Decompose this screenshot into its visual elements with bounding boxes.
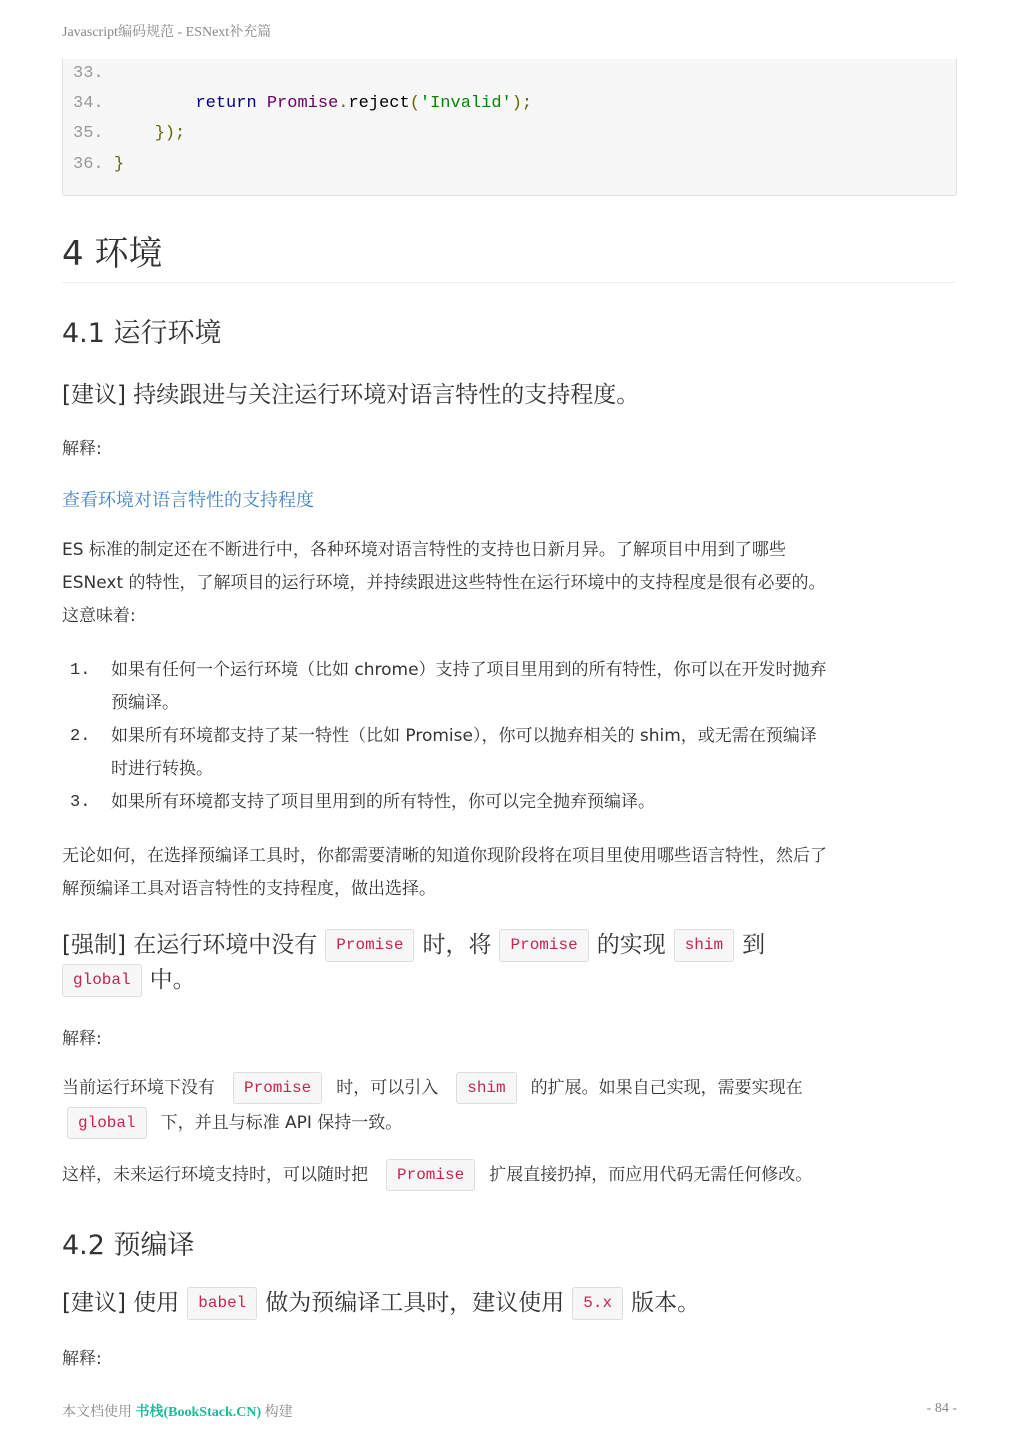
line-number: 34. [73, 94, 104, 113]
inline-code: Promise [233, 1072, 322, 1104]
paragraph-text: 扩展直接扔掉，而应用代码无需任何修改。 [489, 1165, 812, 1185]
inline-code: global [62, 964, 142, 997]
code-token: 'Invalid' [420, 94, 512, 113]
line-number: 33. [73, 64, 104, 83]
rule-heading-babel-version: [建议] 使用babel做为预编译工具时，建议使用5.x版本。 [62, 1286, 700, 1321]
paragraph-promise-shim: 当前运行环境下没有Promise时，可以引入shim的扩展。如果自己实现，需要实… [62, 1071, 962, 1141]
paragraph-text: 的扩展。如果自己实现，需要实现在 [531, 1078, 803, 1098]
heading-text: 做为预编译工具时，建议使用 [265, 1290, 564, 1316]
inline-code: Promise [386, 1159, 475, 1191]
paragraph-es-standard: ES 标准的制定还在不断进行中，各种环境对语言特性的支持也日新月异。了解项目中用… [62, 534, 962, 633]
implications-list: 1.如果有任何一个运行环境（比如 chrome）支持了项目里用到的所有特性，你可… [62, 654, 962, 819]
list-text: 如果所有环境都支持了某一特性（比如 Promise），你可以抛弃相关的 shim… [111, 720, 962, 753]
inline-code: global [67, 1107, 147, 1139]
inline-code: 5.x [572, 1287, 623, 1320]
heading-text: 时，将 [422, 932, 491, 958]
code-line-33: 33. [73, 59, 104, 89]
inline-code: shim [456, 1072, 516, 1104]
code-token: . [338, 94, 348, 113]
list-item: 2.如果所有环境都支持了某一特性（比如 Promise），你可以抛弃相关的 sh… [62, 720, 962, 786]
paragraph-future-support: 这样，未来运行环境支持时，可以随时把Promise扩展直接扔掉，而应用代码无需任… [62, 1158, 962, 1193]
heading-text: [建议] 使用 [62, 1290, 179, 1316]
line-number: 35. [73, 124, 104, 143]
explain-label: 解释: [62, 434, 102, 459]
inline-code: Promise [325, 929, 414, 962]
rule-heading-runtime-support: [建议] 持续跟进与关注运行环境对语言特性的支持程度。 [62, 376, 639, 409]
heading-divider [62, 282, 956, 283]
list-text: 时进行转换。 [111, 753, 962, 786]
page-number: - 84 - [927, 1401, 957, 1417]
paragraph-line: ES 标准的制定还在不断进行中，各种环境对语言特性的支持也日新月异。了解项目中用… [62, 534, 962, 567]
explain-label: 解释: [62, 1024, 102, 1049]
footer-text: 构建 [265, 1405, 293, 1420]
list-number: 1. [70, 654, 90, 687]
paragraph-line: 解预编译工具对语言特性的支持程度，做出选择。 [62, 873, 962, 906]
code-block: 33. 34. return Promise.reject('Invalid')… [62, 59, 957, 196]
list-item: 1.如果有任何一个运行环境（比如 chrome）支持了项目里用到的所有特性，你可… [62, 654, 962, 720]
list-item: 3.如果所有环境都支持了项目里用到的所有特性，你可以完全抛弃预编译。 [62, 786, 962, 819]
code-token: reject [348, 94, 409, 113]
heading-text: 中。 [150, 967, 196, 993]
paragraph-line: 无论如何，在选择预编译工具时，你都需要清晰的知道你现阶段将在项目里使用哪些语言特… [62, 840, 962, 873]
heading-text: 版本。 [631, 1290, 700, 1316]
paragraph-choose-tool: 无论如何，在选择预编译工具时，你都需要清晰的知道你现阶段将在项目里使用哪些语言特… [62, 840, 962, 906]
code-token: return [195, 94, 256, 113]
footer-credit: 本文档使用 书栈(BookStack.CN) 构建 [62, 1401, 293, 1421]
section-heading-4-1: 4.1 运行环境 [62, 311, 222, 350]
code-line-35: 35. }); [73, 119, 185, 149]
section-heading-4: 4 环境 [62, 226, 162, 275]
list-text: 如果有任何一个运行环境（比如 chrome）支持了项目里用到的所有特性，你可以在… [111, 654, 962, 687]
paragraph-line: ESNext 的特性，了解项目的运行环境，并持续跟进这些特性在运行环境中的支持程… [62, 567, 962, 600]
running-header: Javascript编码规范 - ESNext补充篇 [62, 21, 271, 41]
code-token: Promise [267, 94, 338, 113]
code-line-36: 36. } [73, 150, 124, 180]
code-line-34: 34. return Promise.reject('Invalid'); [73, 89, 532, 119]
heading-text: [强制] 在运行环境中没有 [62, 932, 317, 958]
inline-code: shim [674, 929, 734, 962]
bookstack-link[interactable]: 书栈(BookStack.CN) [136, 1405, 262, 1420]
inline-code: babel [187, 1287, 257, 1320]
paragraph-text: 下，并且与标准 API 保持一致。 [161, 1113, 403, 1133]
list-text: 预编译。 [111, 687, 962, 720]
paragraph-text: 时，可以引入 [336, 1078, 438, 1098]
paragraph-line: 这意味着: [62, 600, 962, 633]
heading-text: 到 [742, 932, 765, 958]
code-token: }); [155, 124, 186, 143]
rule-heading-promise-shim: [强制] 在运行环境中没有Promise时，将Promise的实现shim到gl… [62, 928, 962, 998]
paragraph-text: 当前运行环境下没有 [62, 1078, 215, 1098]
list-number: 3. [70, 786, 90, 819]
code-token: ( [410, 94, 420, 113]
list-text: 如果所有环境都支持了项目里用到的所有特性，你可以完全抛弃预编译。 [111, 786, 962, 819]
code-token: } [114, 155, 124, 174]
list-number: 2. [70, 720, 90, 753]
code-token: ); [512, 94, 532, 113]
support-table-link[interactable]: 查看环境对语言特性的支持程度 [62, 486, 314, 512]
inline-code: Promise [499, 929, 588, 962]
section-heading-4-2: 4.2 预编译 [62, 1223, 195, 1262]
footer-text: 本文档使用 [62, 1405, 132, 1420]
explain-label: 解释: [62, 1344, 102, 1369]
line-number: 36. [73, 155, 104, 174]
heading-text: 的实现 [597, 932, 666, 958]
paragraph-text: 这样，未来运行环境支持时，可以随时把 [62, 1165, 368, 1185]
